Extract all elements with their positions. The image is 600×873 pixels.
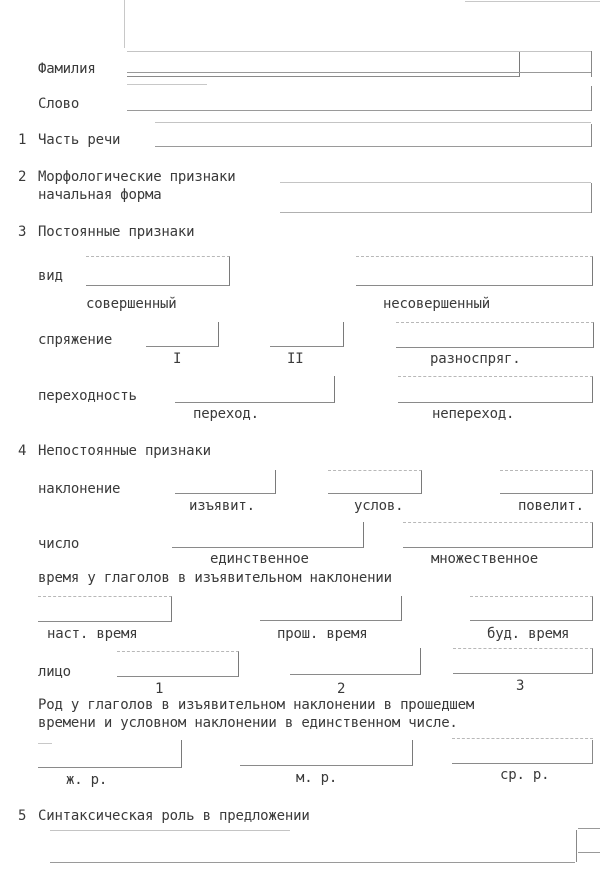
mood-indicative-box[interactable] (175, 470, 276, 494)
section-3-number: 3 (18, 224, 26, 240)
gender-neuter-box[interactable] (452, 738, 593, 764)
surname-label: Фамилия (38, 61, 96, 77)
section-1-number: 1 (18, 132, 26, 148)
scan-artifact-line (465, 1, 600, 2)
syntax-field-bottom[interactable] (50, 862, 575, 863)
tense-past-box[interactable] (260, 596, 402, 621)
conjugation-2-label: II (287, 351, 303, 367)
surname-field[interactable] (127, 51, 520, 77)
word-field-bottom[interactable] (127, 110, 591, 111)
morph-field-bottom[interactable] (280, 212, 591, 213)
mood-label: наклонение (38, 481, 120, 497)
aspect-perfective-box[interactable] (86, 256, 230, 286)
section-2-title: Морфологические признаки (38, 169, 236, 185)
conjugation-1-label: I (173, 351, 181, 367)
aspect-imperfective-box[interactable] (356, 256, 593, 286)
tense-future-label: буд. время (487, 626, 569, 642)
person-1-box[interactable] (117, 651, 239, 677)
conjugation-mixed-label: разноспряг. (430, 351, 521, 367)
section-4-number: 4 (18, 443, 26, 459)
word-label: Слово (38, 96, 79, 112)
surname-field-right (591, 51, 592, 77)
number-singular-label: единственное (210, 551, 309, 567)
gender-label-line2: времени и условном наклонении в единстве… (38, 715, 458, 731)
transitivity-label: переходность (38, 388, 137, 404)
transitivity-intransitive-box[interactable] (398, 376, 593, 403)
surname-field-bottom (127, 72, 591, 73)
section-1-title: Часть речи (38, 132, 120, 148)
conjugation-mixed-box[interactable] (396, 322, 594, 348)
transitivity-intransitive-label: непереход. (432, 406, 514, 422)
mood-imperative-label: повелит. (518, 498, 584, 514)
aspect-imperfective-label: несовершенный (383, 296, 490, 312)
section-3-title: Постоянные признаки (38, 224, 194, 240)
syntax-field-right (576, 830, 577, 862)
gender-feminine-label: ж. р. (66, 772, 107, 788)
syntax-field-stub-top (578, 828, 600, 829)
gender-masculine-box[interactable] (240, 740, 413, 766)
number-label: число (38, 536, 79, 552)
transitivity-transitive-box[interactable] (175, 376, 335, 403)
section-2-number: 2 (18, 169, 26, 185)
mood-conditional-label: услов. (354, 498, 403, 514)
gender-feminine-box[interactable] (38, 740, 182, 768)
scan-artifact-line (124, 0, 125, 48)
tense-present-label: наст. время (47, 626, 138, 642)
surname-field-top (127, 51, 592, 52)
person-1-label: 1 (155, 681, 163, 697)
pos-field-top (155, 122, 591, 123)
transitivity-transitive-label: переход. (193, 406, 259, 422)
conjugation-1-box[interactable] (146, 322, 219, 347)
aspect-label: вид (38, 268, 63, 284)
person-2-box[interactable] (290, 648, 421, 675)
number-plural-box[interactable] (403, 522, 593, 548)
tense-future-box[interactable] (470, 596, 593, 621)
gender-masculine-label: м. р. (296, 770, 337, 786)
number-singular-box[interactable] (172, 522, 364, 548)
pos-field-bottom[interactable] (155, 146, 591, 147)
word-field-top (127, 84, 207, 85)
mood-imperative-box[interactable] (500, 470, 593, 494)
section-2-subtitle: начальная форма (38, 187, 161, 203)
morph-field-top (280, 182, 591, 183)
section-5-number: 5 (18, 808, 26, 824)
syntax-field-stub-bottom (578, 852, 600, 853)
morph-field-right (591, 183, 592, 213)
tense-label: время у глаголов в изъявительном наклоне… (38, 570, 392, 586)
mood-indicative-label: изъявит. (189, 498, 255, 514)
gender-neuter-left (592, 740, 593, 764)
tense-past-label: прош. время (277, 626, 368, 642)
mood-conditional-box[interactable] (328, 470, 422, 494)
conjugation-label: спряжение (38, 332, 112, 348)
gender-label-line1: Род у глаголов в изъявительном наклонени… (38, 697, 474, 713)
section-4-title: Непостоянные признаки (38, 443, 211, 459)
person-3-label: 3 (516, 678, 524, 694)
person-label: лицо (38, 664, 71, 680)
tense-present-box[interactable] (38, 596, 172, 622)
pos-field-right (591, 124, 592, 147)
conjugation-2-box[interactable] (270, 322, 344, 347)
section-5-title: Синтаксическая роль в предложении (38, 808, 310, 824)
syntax-field-top (50, 830, 290, 831)
person-3-box[interactable] (453, 648, 593, 674)
gender-neuter-label: ср. р. (500, 767, 549, 783)
aspect-perfective-label: совершенный (86, 296, 177, 312)
word-field-right (591, 86, 592, 111)
gender-feminine-top (38, 743, 52, 744)
person-2-label: 2 (337, 681, 345, 697)
number-plural-label: множественное (431, 551, 538, 567)
